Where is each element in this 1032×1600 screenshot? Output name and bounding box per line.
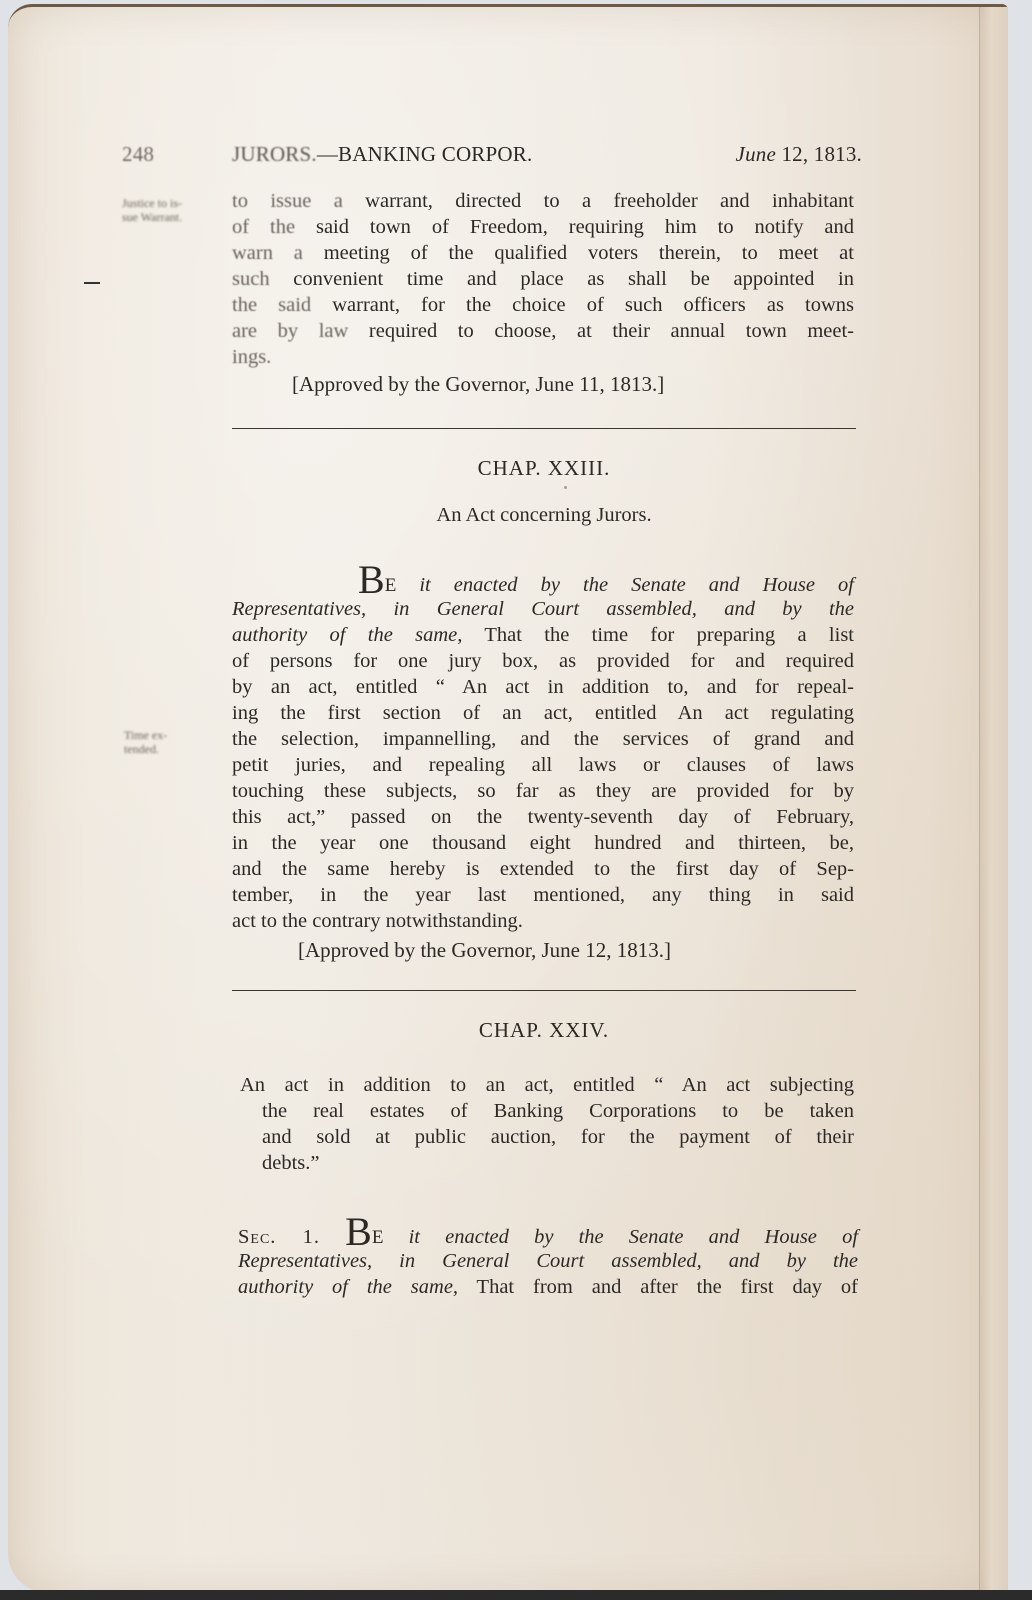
running-head: 248 JURORS.—BANKING CORPOR. June 12, 181…: [122, 142, 862, 172]
running-date-month: June: [736, 142, 776, 166]
text-line: authority of the same, That from and aft…: [238, 1274, 858, 1300]
section-label: Sec. 1.: [238, 1226, 320, 1248]
text-line: and the same hereby is extended to the f…: [232, 856, 854, 882]
text-line: petit juries, and repealing all laws or …: [232, 752, 854, 778]
text-line: of the said town of Freedom, requiring h…: [232, 214, 854, 240]
text-line: ing the first section of an act, entitle…: [232, 700, 854, 726]
margin-note-line: tended.: [124, 742, 167, 756]
page-number: 248: [122, 142, 154, 167]
text-line: tember, in the year last mentioned, any …: [232, 882, 854, 908]
margin-note-justice-warrant: Justice to is- sue Warrant.: [122, 196, 182, 224]
adjacent-page-edge: [979, 7, 1008, 1593]
text-line: such convenient time and place as shall …: [232, 266, 854, 292]
chapter-title-jurors: An Act concerning Jurors.: [232, 504, 856, 527]
enacting-clause-line: Sec. 1. BE it enacted by the Senate and …: [238, 1222, 858, 1248]
margin-note-line: sue Warrant.: [122, 210, 182, 224]
paper-speck: [564, 486, 567, 489]
text-line: are by law required to choose, at their …: [232, 318, 854, 344]
approval-note-june-11: [Approved by the Governor, June 11, 1813…: [292, 372, 664, 397]
margin-note-line: Time ex-: [124, 728, 167, 742]
title-line: debts.”: [240, 1150, 854, 1176]
section-divider: [232, 990, 856, 991]
margin-note-line: Justice to is-: [122, 196, 182, 210]
running-date: June 12, 1813.: [736, 142, 862, 167]
chapter-xxiv-title: An act in addition to an act, entitled “…: [240, 1072, 854, 1176]
chapter-xxiii-text: BE it enacted by the Senate and House of…: [232, 570, 854, 934]
text-line: Representatives, in General Court assemb…: [238, 1248, 858, 1274]
previous-act-text: to issue a warrant, directed to a freeho…: [232, 188, 854, 370]
chapter-heading-xxiii: CHAP. XXIII.: [232, 456, 856, 481]
chapter-xxiv-section-1: Sec. 1. BE it enacted by the Senate and …: [238, 1222, 858, 1300]
text-line: by an act, entitled “ An act in addition…: [232, 674, 854, 700]
chapter-heading-xxiv: CHAP. XXIV.: [232, 1018, 856, 1043]
text-line: the said warrant, for the choice of such…: [232, 292, 854, 318]
text-line: the selection, impannelling, and the ser…: [232, 726, 854, 752]
margin-note-time-extended: Time ex- tended.: [124, 728, 167, 756]
text-line: act to the contrary notwithstanding.: [232, 908, 854, 934]
approval-note-june-12: [Approved by the Governor, June 12, 1813…: [298, 938, 671, 963]
running-title-text: —BANKING CORPOR.: [317, 142, 533, 166]
title-line: An act in addition to an act, entitled “…: [240, 1072, 854, 1098]
text-line: to issue a warrant, directed to a freeho…: [232, 188, 854, 214]
running-title: JURORS.—BANKING CORPOR.: [232, 142, 532, 167]
text-line: this act,” passed on the twenty-seventh …: [232, 804, 854, 830]
text-line: of persons for one jury box, as provided…: [232, 648, 854, 674]
margin-dash-mark: [84, 282, 100, 284]
section-divider: [232, 428, 856, 429]
text-line: touching these subjects, so far as they …: [232, 778, 854, 804]
text-line: Representatives, in General Court assemb…: [232, 596, 854, 622]
scanned-page: 248 JURORS.—BANKING CORPOR. June 12, 181…: [0, 0, 1032, 1600]
scanner-bottom-edge: [0, 1590, 1032, 1600]
running-title-faded: JURORS.: [232, 142, 317, 166]
running-date-rest: 12, 1813.: [776, 142, 862, 166]
text-line: warn a meeting of the qualified voters t…: [232, 240, 854, 266]
text-line: authority of the same, That the time for…: [232, 622, 854, 648]
title-line: the real estates of Banking Corporations…: [240, 1098, 854, 1124]
text-line: ings.: [232, 344, 854, 370]
text-line: in the year one thousand eight hundred a…: [232, 830, 854, 856]
enacting-clause-line: BE it enacted by the Senate and House of: [232, 570, 854, 596]
title-line: and sold at public auction, for the paym…: [240, 1124, 854, 1150]
